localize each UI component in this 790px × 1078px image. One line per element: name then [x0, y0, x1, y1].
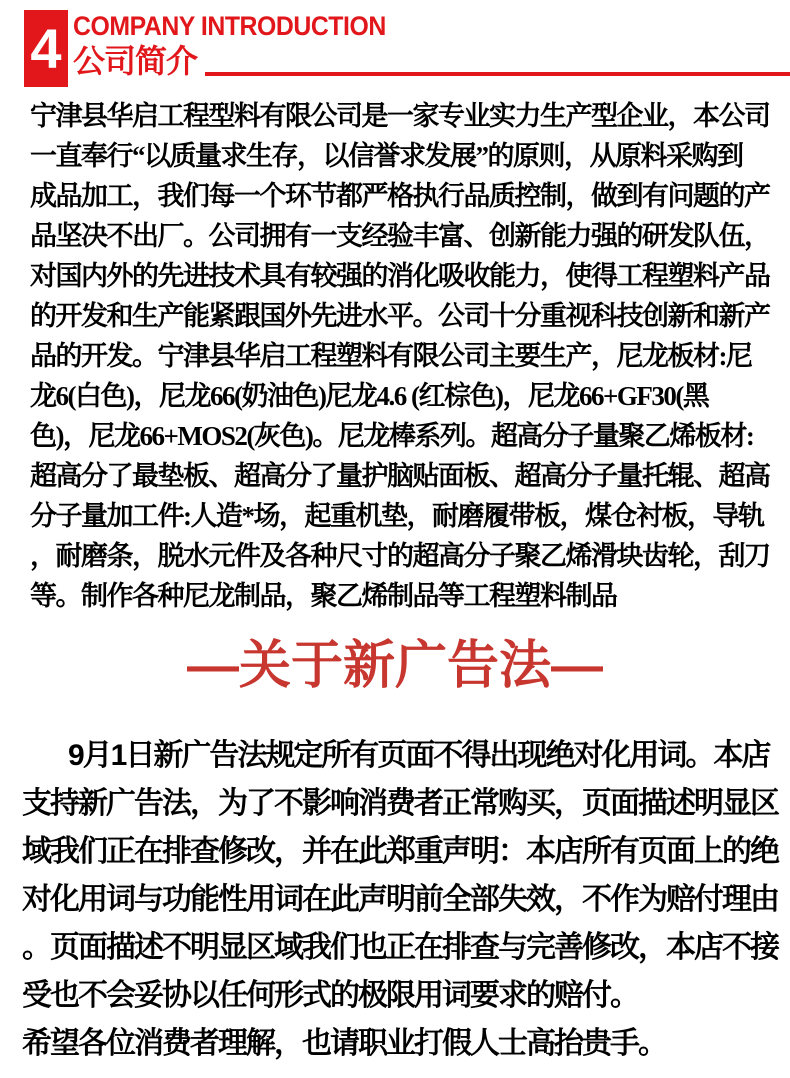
text-line: 。页面描述不明显区域我们也正在排查与完善修改，本店不接 — [22, 924, 782, 972]
section-header: 4 COMPANY INTRODUCTION 公司简介 — [0, 0, 790, 92]
text-line: 品坚决不出厂。公司拥有一支经验丰富、创新能力强的研发队伍， — [30, 216, 784, 256]
ad-law-heading: —关于新广告法— — [0, 638, 790, 694]
section-number: 4 — [30, 16, 61, 81]
text-line: 龙6(白色)，尼龙66(奶油色)尼龙4.6 (红棕色)，尼龙66+GF30(黑 — [30, 376, 784, 416]
text-line: 宁津县华启工程型料有限公司是一家专业实力生产型企业，本公司 — [30, 96, 784, 136]
text-line: ，耐磨条，脱水元件及各种尺寸的超高分子聚乙烯滑块齿轮，刮刀 — [30, 536, 784, 576]
section-title-zh: 公司简介 — [73, 41, 197, 81]
text-line: 品的开发。宁津县华启工程塑料有限公司主要生产，尼龙板材:尼 — [30, 336, 784, 376]
text-line: 对国内外的先进技术具有较强的消化吸收能力，使得工程塑料产品 — [30, 256, 784, 296]
text-line: 9月1日新广告法规定所有页面不得出现绝对化用词。本店 — [22, 732, 782, 780]
company-intro-paragraph: 宁津县华启工程型料有限公司是一家专业实力生产型企业，本公司一直奉行“以质量求生存… — [0, 92, 790, 616]
ad-law-paragraph: 9月1日新广告法规定所有页面不得出现绝对化用词。本店支持新广告法，为了不影响消费… — [0, 694, 790, 1068]
text-line: 等。制作各种尼龙制品，聚乙烯制品等工程塑料制品 — [30, 576, 784, 616]
text-line: 希望各位消费者理解，也请职业打假人士高抬贵手。 — [22, 1020, 782, 1068]
text-line: 受也不会妥协以任何形式的极限用词要求的赔付。 — [22, 972, 782, 1020]
title-underline-row: 公司简介 — [73, 41, 790, 81]
text-line: 一直奉行“以质量求生存，以信誉求发展”的原则，从原料采购到 — [30, 136, 784, 176]
text-line: 域我们正在排查修改，并在此郑重声明：本店所有页面上的绝 — [22, 828, 782, 876]
section-title-en: COMPANY INTRODUCTION — [73, 11, 733, 41]
section-number-badge: 4 — [24, 10, 68, 87]
text-line: 分子量加工件:人造*场，起重机垫，耐磨履带板，煤仓衬板，导轨 — [30, 496, 784, 536]
title-underline — [205, 72, 790, 76]
header-titles: COMPANY INTRODUCTION 公司简介 — [73, 0, 790, 81]
text-line: 支持新广告法，为了不影响消费者正常购买，页面描述明显区 — [22, 780, 782, 828]
text-line: 的开发和生产能紧跟国外先进水平。公司十分重视科技创新和新产 — [30, 296, 784, 336]
text-line: 成品加工，我们每一个环节都严格执行品质控制，做到有问题的产 — [30, 176, 784, 216]
text-line: 对化用词与功能性用词在此声明前全部失效，不作为赔付理由 — [22, 876, 782, 924]
text-line: 超高分了最垫板、超高分了量护脑贴面板、超高分子量托辊、超高 — [30, 456, 784, 496]
text-line: 色)，尼龙66+MOS2(灰色)。尼龙棒系列。超高分子量聚乙烯板材: — [30, 416, 784, 456]
